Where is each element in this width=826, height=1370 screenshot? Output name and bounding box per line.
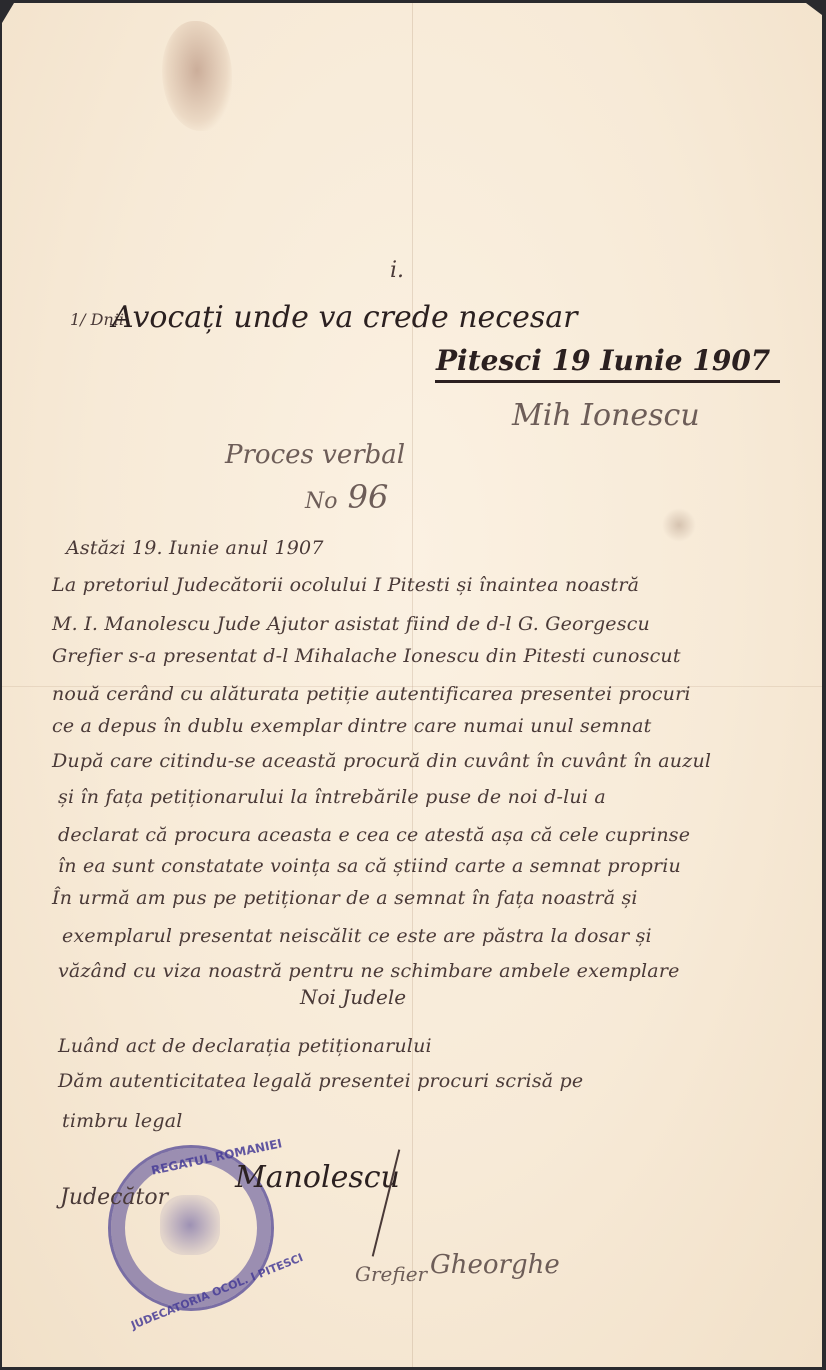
- number-label: No: [305, 489, 338, 514]
- number-value: 96: [348, 478, 389, 516]
- body-line: nouă cerând cu alăturata petiție autenti…: [52, 683, 691, 705]
- body-line: exemplarul presentat neiscălit ce este a…: [62, 925, 652, 947]
- body-line: În urmă am pus pe petiționar de a semnat…: [52, 887, 638, 909]
- body-line: La pretoriul Judecătorii ocolului I Pite…: [52, 574, 639, 596]
- document-number: No 96: [305, 478, 388, 516]
- address-line: Avocați unde va crede necesar: [112, 300, 577, 335]
- signature-clerk: Gheorghe: [430, 1250, 560, 1280]
- closing-line: Luând act de declarația petiționarului: [58, 1035, 432, 1057]
- signature-left: Judecător: [60, 1185, 168, 1210]
- body-line: în ea sunt constatate voința sa că știin…: [58, 855, 681, 877]
- clerk-label: Grefier: [355, 1262, 427, 1286]
- place-date: Pitesci 19 Iunie 1907: [436, 344, 770, 377]
- body-line: declarat că procura aceasta e cea ce ate…: [58, 824, 690, 846]
- body-line: După care citindu-se această procură din…: [52, 750, 711, 772]
- top-signature: Mih Ionescu: [512, 398, 700, 433]
- body-line: și în fața petiționarului la întrebările…: [58, 786, 606, 808]
- top-mark: i.: [390, 258, 404, 283]
- coat-of-arms-icon: [160, 1195, 220, 1255]
- body-line: văzând cu viza noastră pentru ne schimba…: [58, 960, 680, 982]
- signature-judge: Manolescu: [235, 1160, 400, 1195]
- body-line: Grefier s-a presentat d-l Mihalache Ione…: [52, 645, 681, 667]
- closing-heading: Noi Judele: [300, 985, 406, 1009]
- body-line: M. I. Manolescu Jude Ajutor asistat fiin…: [52, 613, 650, 635]
- document-title: Proces verbal: [225, 440, 405, 470]
- body-line: ce a depus în dublu exemplar dintre care…: [52, 715, 651, 737]
- body-line: Astăzi 19. Iunie anul 1907: [66, 537, 324, 559]
- stain-spot: [662, 508, 696, 542]
- closing-line: timbru legal: [62, 1110, 183, 1132]
- closing-line: Dăm autenticitatea legală presentei proc…: [58, 1070, 583, 1092]
- stain-mark: [162, 21, 232, 131]
- place-date-underline: [435, 380, 780, 383]
